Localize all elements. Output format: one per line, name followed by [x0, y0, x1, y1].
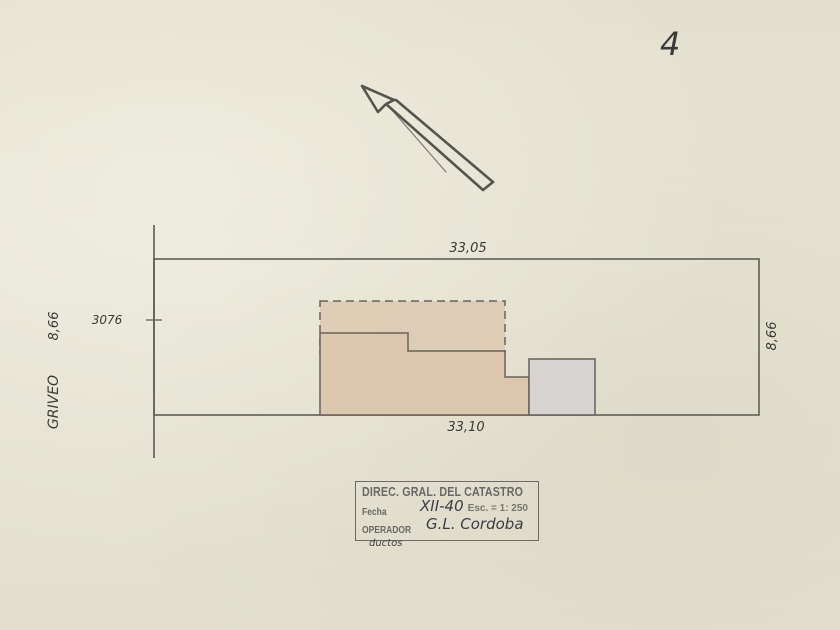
left-dimension: 8,66: [47, 312, 62, 341]
scale-label: Esc. = 1: 250: [468, 503, 528, 514]
right-dimension: 8,66: [765, 322, 780, 351]
top-dimension: 33,05: [449, 241, 486, 256]
page-number: 4: [660, 25, 680, 63]
annex-building: [529, 359, 595, 415]
fecha-value: XII-40: [420, 497, 464, 515]
operador-label: OPERADOR: [362, 525, 411, 536]
street-name: GRIVEO: [46, 375, 62, 429]
bottom-dimension: 33,10: [447, 420, 484, 435]
north-arrow-icon: [362, 86, 493, 190]
catastro-stamp: DIREC. GRAL. DEL CATASTRO Fecha XII-40 E…: [355, 481, 539, 541]
fecha-label: Fecha: [362, 507, 387, 518]
stamp-note: ductos: [369, 538, 402, 549]
stamp-operador-row: OPERADOR G.L. Cordoba: [362, 518, 532, 536]
offset-mark: 3076: [92, 313, 123, 327]
operador-value: G.L. Cordoba: [426, 515, 524, 533]
